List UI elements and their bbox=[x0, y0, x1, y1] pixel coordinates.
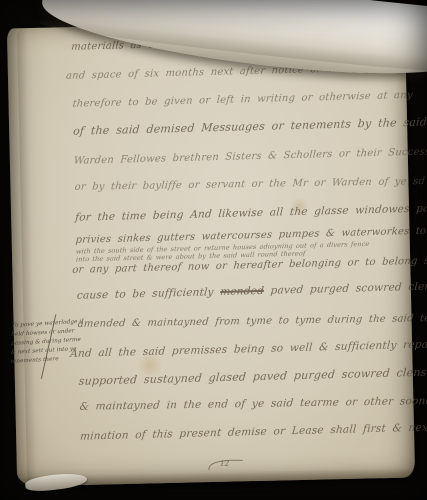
text-segment: paved purged scowred clensed glased bbox=[264, 279, 427, 297]
text-line: supported sustayned glased paved purged … bbox=[78, 364, 427, 388]
text-line: for the time being And likewise all the … bbox=[75, 201, 427, 224]
text-line: of the said demised Messuages or tenemen… bbox=[73, 115, 427, 138]
text-line: And all the said premisses being so well… bbox=[70, 338, 427, 360]
text-line: therefore to be given or left in writing… bbox=[72, 90, 413, 110]
strikethrough-word: mended bbox=[220, 285, 265, 298]
text-segment: cause to be sufficiently bbox=[76, 286, 220, 302]
text-line: mination of this present demise or Lease… bbox=[80, 421, 427, 442]
text-line: Warden Fellowes brethren Sisters & Schol… bbox=[73, 146, 427, 167]
text-line: & maintayned in the end of ye said tearm… bbox=[79, 394, 427, 413]
text-line: or by their bayliffe or servant or the M… bbox=[74, 175, 427, 193]
gutter-fold-shadow bbox=[17, 28, 37, 486]
page-number-value: 12 bbox=[220, 459, 230, 468]
manuscript-page: materialls as otherwise Or at ye furthes… bbox=[7, 20, 415, 487]
page-number: 12 bbox=[205, 453, 249, 474]
manuscript-photo: materialls as otherwise Or at ye furthes… bbox=[0, 0, 427, 500]
text-line-with-strikethrough: cause to be sufficiently mended paved pu… bbox=[76, 279, 427, 302]
text-line: amended & maintayned from tyme to tyme d… bbox=[77, 313, 427, 330]
